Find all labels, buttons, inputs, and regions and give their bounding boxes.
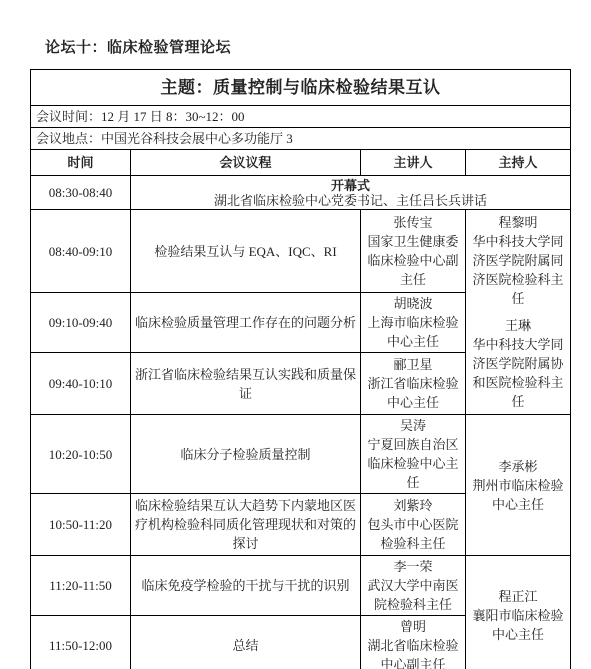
speaker-cell: 刘紫玲 包头市中心医院检验科主任 — [361, 494, 466, 556]
table-row: 11:20-11:50 临床免疫学检验的干扰与干扰的识别 李一荣 武汉大学中南医… — [31, 556, 571, 616]
agenda-cell: 临床检验质量管理工作存在的问题分析 — [131, 293, 361, 353]
speaker-name: 李一荣 — [363, 557, 463, 576]
speaker-title: 武汉大学中南医院检验科主任 — [363, 576, 463, 614]
speaker-name: 郦卫星 — [363, 355, 463, 374]
time-cell: 10:50-11:20 — [31, 494, 131, 556]
col-header-moderator: 主持人 — [466, 150, 571, 176]
time-cell: 09:40-10:10 — [31, 353, 131, 415]
table-row: 08:40-09:10 检验结果互认与 EQA、IQC、RI 张传宝 国家卫生健… — [31, 210, 571, 293]
column-header-row: 时间 会议议程 主讲人 主持人 — [31, 150, 571, 176]
document-page: 论坛十：临床检验管理论坛 主题：质量控制与临床检验结果互认 会议时间：12 月 … — [0, 0, 591, 669]
moderator-title: 华中科技大学同济医学院附属同济医院检验科主任 — [468, 232, 568, 308]
speaker-cell: 郦卫星 浙江省临床检验中心主任 — [361, 353, 466, 415]
speaker-name: 张传宝 — [363, 213, 463, 232]
moderator-block: 王琳 华中科技大学同济医学院附属协和医院检验科主任 — [468, 316, 568, 411]
opening-cell: 开幕式 湖北省临床检验中心党委书记、主任吕长兵讲话 — [131, 176, 571, 210]
speaker-title: 包头市中心医院检验科主任 — [363, 515, 463, 553]
time-cell: 08:30-08:40 — [31, 176, 131, 210]
speaker-title: 国家卫生健康委临床检验中心副主任 — [363, 232, 463, 289]
speaker-name: 曾明 — [363, 617, 463, 636]
speaker-cell: 李一荣 武汉大学中南医院检验科主任 — [361, 556, 466, 616]
speaker-name: 胡晓波 — [363, 294, 463, 313]
speaker-name: 吴涛 — [363, 416, 463, 435]
agenda-cell: 总结 — [131, 616, 361, 669]
moderator-title: 华中科技大学同济医学院附属协和医院检验科主任 — [468, 335, 568, 411]
opening-subtitle: 湖北省临床检验中心党委书记、主任吕长兵讲话 — [133, 193, 568, 208]
speaker-title: 浙江省临床检验中心主任 — [363, 374, 463, 412]
speaker-name: 刘紫玲 — [363, 496, 463, 515]
table-theme: 主题：质量控制与临床检验结果互认 — [31, 70, 571, 106]
moderator-cell: 李承彬 荆州市临床检验中心主任 — [466, 415, 571, 556]
speaker-title: 湖北省临床检验中心副主任 — [363, 636, 463, 669]
agenda-cell: 临床分子检验质量控制 — [131, 415, 361, 494]
moderator-block: 李承彬 荆州市临床检验中心主任 — [468, 457, 568, 514]
opening-title: 开幕式 — [133, 178, 568, 193]
speaker-cell: 胡晓波 上海市临床检验中心主任 — [361, 293, 466, 353]
moderator-title: 襄阳市临床检验中心主任 — [468, 606, 568, 644]
table-row-opening: 08:30-08:40 开幕式 湖北省临床检验中心党委书记、主任吕长兵讲话 — [31, 176, 571, 210]
speaker-title: 上海市临床检验中心主任 — [363, 313, 463, 351]
moderator-cell: 程黎明 华中科技大学同济医学院附属同济医院检验科主任 王琳 华中科技大学同济医学… — [466, 210, 571, 415]
agenda-cell: 浙江省临床检验结果互认实践和质量保证 — [131, 353, 361, 415]
time-cell: 09:10-09:40 — [31, 293, 131, 353]
agenda-cell: 临床检验结果互认大趋势下内蒙地区医疗机构检验科同质化管理现状和对策的探讨 — [131, 494, 361, 556]
theme-row: 主题：质量控制与临床检验结果互认 — [31, 70, 571, 106]
page-title: 论坛十：临床检验管理论坛 — [45, 36, 570, 57]
col-header-agenda: 会议议程 — [131, 150, 361, 176]
col-header-speaker: 主讲人 — [361, 150, 466, 176]
time-cell: 08:40-09:10 — [31, 210, 131, 293]
time-cell: 11:20-11:50 — [31, 556, 131, 616]
meeting-time-row: 会议时间：12 月 17 日 8：30~12：00 — [31, 106, 571, 128]
col-header-time: 时间 — [31, 150, 131, 176]
speaker-cell: 吴涛 宁夏回族自治区临床检验中心主任 — [361, 415, 466, 494]
speaker-cell: 张传宝 国家卫生健康委临床检验中心副主任 — [361, 210, 466, 293]
meeting-place: 会议地点：中国光谷科技会展中心多功能厅 3 — [31, 128, 571, 150]
moderator-block: 程黎明 华中科技大学同济医学院附属同济医院检验科主任 — [468, 213, 568, 308]
meeting-time: 会议时间：12 月 17 日 8：30~12：00 — [31, 106, 571, 128]
moderator-name: 程正江 — [468, 587, 568, 606]
speaker-cell: 曾明 湖北省临床检验中心副主任 — [361, 616, 466, 669]
agenda-cell: 检验结果互认与 EQA、IQC、RI — [131, 210, 361, 293]
moderator-name: 程黎明 — [468, 213, 568, 232]
moderator-name: 王琳 — [468, 316, 568, 335]
moderator-title: 荆州市临床检验中心主任 — [468, 476, 568, 514]
speaker-title: 宁夏回族自治区临床检验中心主任 — [363, 435, 463, 492]
time-cell: 10:20-10:50 — [31, 415, 131, 494]
table-row: 10:20-10:50 临床分子检验质量控制 吴涛 宁夏回族自治区临床检验中心主… — [31, 415, 571, 494]
agenda-table: 主题：质量控制与临床检验结果互认 会议时间：12 月 17 日 8：30~12：… — [30, 69, 571, 669]
agenda-cell: 临床免疫学检验的干扰与干扰的识别 — [131, 556, 361, 616]
meeting-place-row: 会议地点：中国光谷科技会展中心多功能厅 3 — [31, 128, 571, 150]
moderator-name: 李承彬 — [468, 457, 568, 476]
moderator-block: 程正江 襄阳市临床检验中心主任 — [468, 587, 568, 644]
time-cell: 11:50-12:00 — [31, 616, 131, 669]
moderator-cell: 程正江 襄阳市临床检验中心主任 — [466, 556, 571, 669]
